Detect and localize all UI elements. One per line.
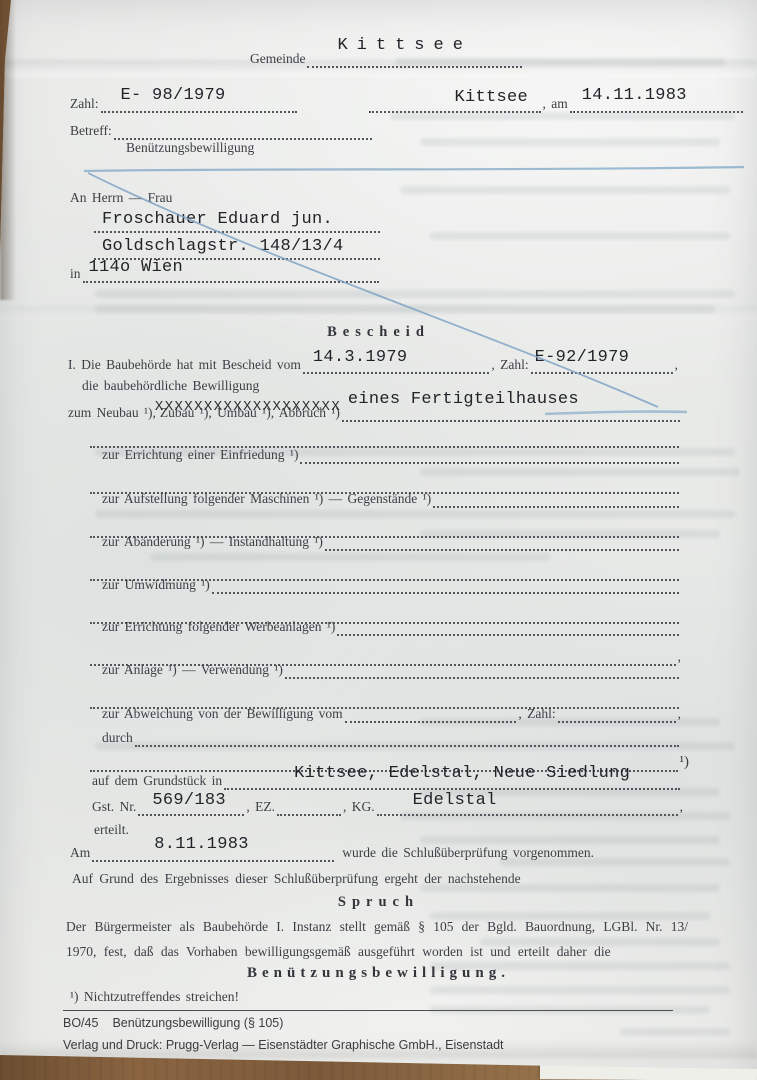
- city-dotted-line: 114o Wien: [83, 261, 379, 283]
- kg-value: Edelstal: [413, 791, 497, 810]
- dotted-line: [325, 529, 679, 551]
- clause-label: zur Anlage ¹) — Verwendung ¹): [100, 662, 285, 679]
- bleed-through-smudge: [430, 986, 730, 994]
- zahl-dotted-line: E- 98/1979: [101, 91, 297, 113]
- footer-line1: BO/45 Benützungsbewilligung (§ 105): [63, 1004, 283, 1030]
- bescheid-zahl-dotted: E-92/1979: [531, 352, 673, 374]
- am-label2: Am: [68, 845, 92, 862]
- gst-label: Gst. Nr.: [90, 799, 138, 816]
- bleed-through-smudge: [430, 232, 730, 240]
- line3-dotted: eines Fertigteilhauses: [342, 400, 680, 422]
- clause-label: zur Errichtung einer Einfriedung ¹): [100, 447, 300, 464]
- in-label: in: [68, 266, 83, 283]
- dotted-line: [337, 614, 679, 636]
- gemeinde-dotted-line: Kittsee: [307, 46, 522, 68]
- dotted-line: 569/183: [138, 794, 244, 816]
- typewriter-strikeout: XXXXXXXXXXXXXXXXXXX: [155, 399, 341, 415]
- line1-prefix: I. Die Baubehörde hat mit Bescheid vom: [66, 357, 303, 374]
- dotted-line: [285, 657, 679, 679]
- form-paper: Gemeinde Kittsee Zahl: E- 98/1979 Kittse…: [0, 0, 757, 1080]
- bleed-through-smudge: [95, 290, 735, 298]
- dotted-line: [277, 794, 341, 816]
- recipient-city: 114o Wien: [89, 258, 184, 277]
- place-dotted-line: Kittsee: [369, 91, 541, 113]
- gst-value: 569/183: [152, 791, 226, 810]
- result-line: Auf Grund des Ergebnisses dieser Schlußü…: [70, 871, 523, 888]
- bescheid-zahl: E-92/1979: [535, 348, 630, 367]
- dotted-line: Kittsee, Edelstal, Neue Siedlung: [224, 768, 680, 790]
- betreff-value: Benützungsbewilligung: [124, 140, 256, 157]
- form-code-title: Benützungsbewilligung (§ 105): [112, 1016, 283, 1030]
- comma: ,: [678, 799, 685, 816]
- gst-row: Gst. Nr. 569/183 , EZ. , KG. Edelstal ,: [90, 788, 685, 816]
- dotted-line: Edelstal: [377, 794, 678, 816]
- gemeinde-value: Kittsee: [337, 36, 471, 55]
- am-date: 8.11.1983: [154, 835, 249, 854]
- photo-of-document: Gemeinde Kittsee Zahl: E- 98/1979 Kittse…: [0, 0, 757, 1080]
- recipient-name-line: Froschauer Eduard jun.: [94, 205, 380, 233]
- clause-label: zur Errichtung folgender Werbeanlagen ¹): [100, 619, 337, 636]
- ez-label: , EZ.: [244, 799, 277, 816]
- durch-row: durch: [100, 719, 679, 747]
- clause-label: zur Aufstellung folgender Maschinen ¹) —…: [100, 491, 433, 508]
- am-suffix: wurde die Schlußüberprüfung vorgenommen.: [340, 845, 596, 862]
- bleed-through-smudge: [390, 112, 735, 120]
- schlussueberpruefung-row: Am 8.11.1983 wurde die Schlußüberprüfung…: [68, 834, 684, 862]
- grant-title: Benützungsbewilligung.: [0, 965, 757, 982]
- betreff-dotted-line: [114, 118, 372, 140]
- bescheid-date: 14.3.1979: [313, 348, 408, 367]
- publisher-line: Verlag und Druck: Prugg-Verlag — Eisenst…: [63, 1038, 504, 1052]
- clause-row: zur Anlage ¹) — Verwendung ¹): [100, 651, 679, 679]
- gemeinde-label: Gemeinde: [248, 51, 307, 68]
- clause-row: zur Abänderung ¹) — Instandhaltung ¹): [100, 523, 679, 551]
- spruch-title: Spruch: [0, 894, 757, 911]
- clause-row: zur Errichtung folgender Werbeanlagen ¹): [100, 608, 679, 636]
- spruch-line1: Der Bürgermeister als Baubehörde I. Inst…: [64, 919, 690, 936]
- line3-typed-value: eines Fertigteilhauses: [348, 390, 579, 409]
- bescheid-date-dotted: 14.3.1979: [303, 352, 490, 374]
- date-dotted-line: 14.11.1983: [570, 91, 743, 113]
- recipient-street: Goldschlagstr. 148/13/4: [102, 237, 344, 256]
- bescheid-line3: zum Neubau ¹), Zubau ¹), Umbau ¹), Abbru…: [66, 394, 680, 422]
- spruch-line2: 1970, fest, daß das Vorhaben bewilligung…: [64, 944, 613, 961]
- clause-row: zur Aufstellung folgender Maschinen ¹) —…: [100, 480, 679, 508]
- line1-zahl-label: , Zahl:: [489, 357, 530, 374]
- pen-horizontal-line: [84, 167, 744, 171]
- dotted-line: [433, 486, 679, 508]
- comma: ,: [673, 357, 680, 374]
- bleed-through-smudge: [400, 186, 730, 194]
- bescheid-line2: die baubehördliche Bewilligung: [80, 378, 261, 395]
- gemeinde-line: Gemeinde Kittsee: [88, 40, 743, 68]
- grundstueck-row: auf dem Grundstück in Kittsee, Edelstal,…: [90, 762, 680, 790]
- clause-row: zur Errichtung einer Einfriedung ¹): [100, 436, 679, 464]
- zahl-date-line: Zahl: E- 98/1979 Kittsee , am 14.11.1983: [68, 85, 743, 113]
- dotted-line: [300, 442, 679, 464]
- dotted-line: 8.11.1983: [92, 840, 334, 862]
- recipient-city-line: in 114o Wien: [68, 255, 379, 283]
- grundstueck-value: Kittsee, Edelstal, Neue Siedlung: [294, 764, 630, 783]
- clause-label: zur Abänderung ¹) — Instandhaltung ¹): [100, 534, 325, 551]
- paper-edge-shadow: [0, 0, 16, 300]
- clause-label: zur Umwidmung ¹): [100, 577, 212, 594]
- form-code: BO/45: [63, 1016, 98, 1030]
- bescheid-title: Bescheid: [0, 324, 757, 341]
- date-value: 14.11.1983: [582, 86, 687, 105]
- betreff-line: Betreff:: [68, 112, 372, 140]
- kg-label: , KG.: [341, 799, 377, 816]
- bleed-through-smudge: [620, 1028, 730, 1036]
- am-label: , am: [541, 96, 570, 113]
- bleed-through-smudge: [95, 305, 715, 313]
- zahl-label: Zahl:: [68, 96, 101, 113]
- recipient-name: Froschauer Eduard jun.: [102, 210, 333, 229]
- zahl-value: E- 98/1979: [121, 86, 226, 105]
- place-value: Kittsee: [455, 88, 529, 107]
- betreff-label: Betreff:: [68, 123, 114, 140]
- bleed-through-smudge: [420, 138, 720, 146]
- bescheid-line1: I. Die Baubehörde hat mit Bescheid vom 1…: [66, 346, 680, 374]
- clause-row: zur Umwidmung ¹): [100, 566, 679, 594]
- dotted-line: [212, 572, 679, 594]
- name-dotted-line: Froschauer Eduard jun.: [94, 211, 380, 233]
